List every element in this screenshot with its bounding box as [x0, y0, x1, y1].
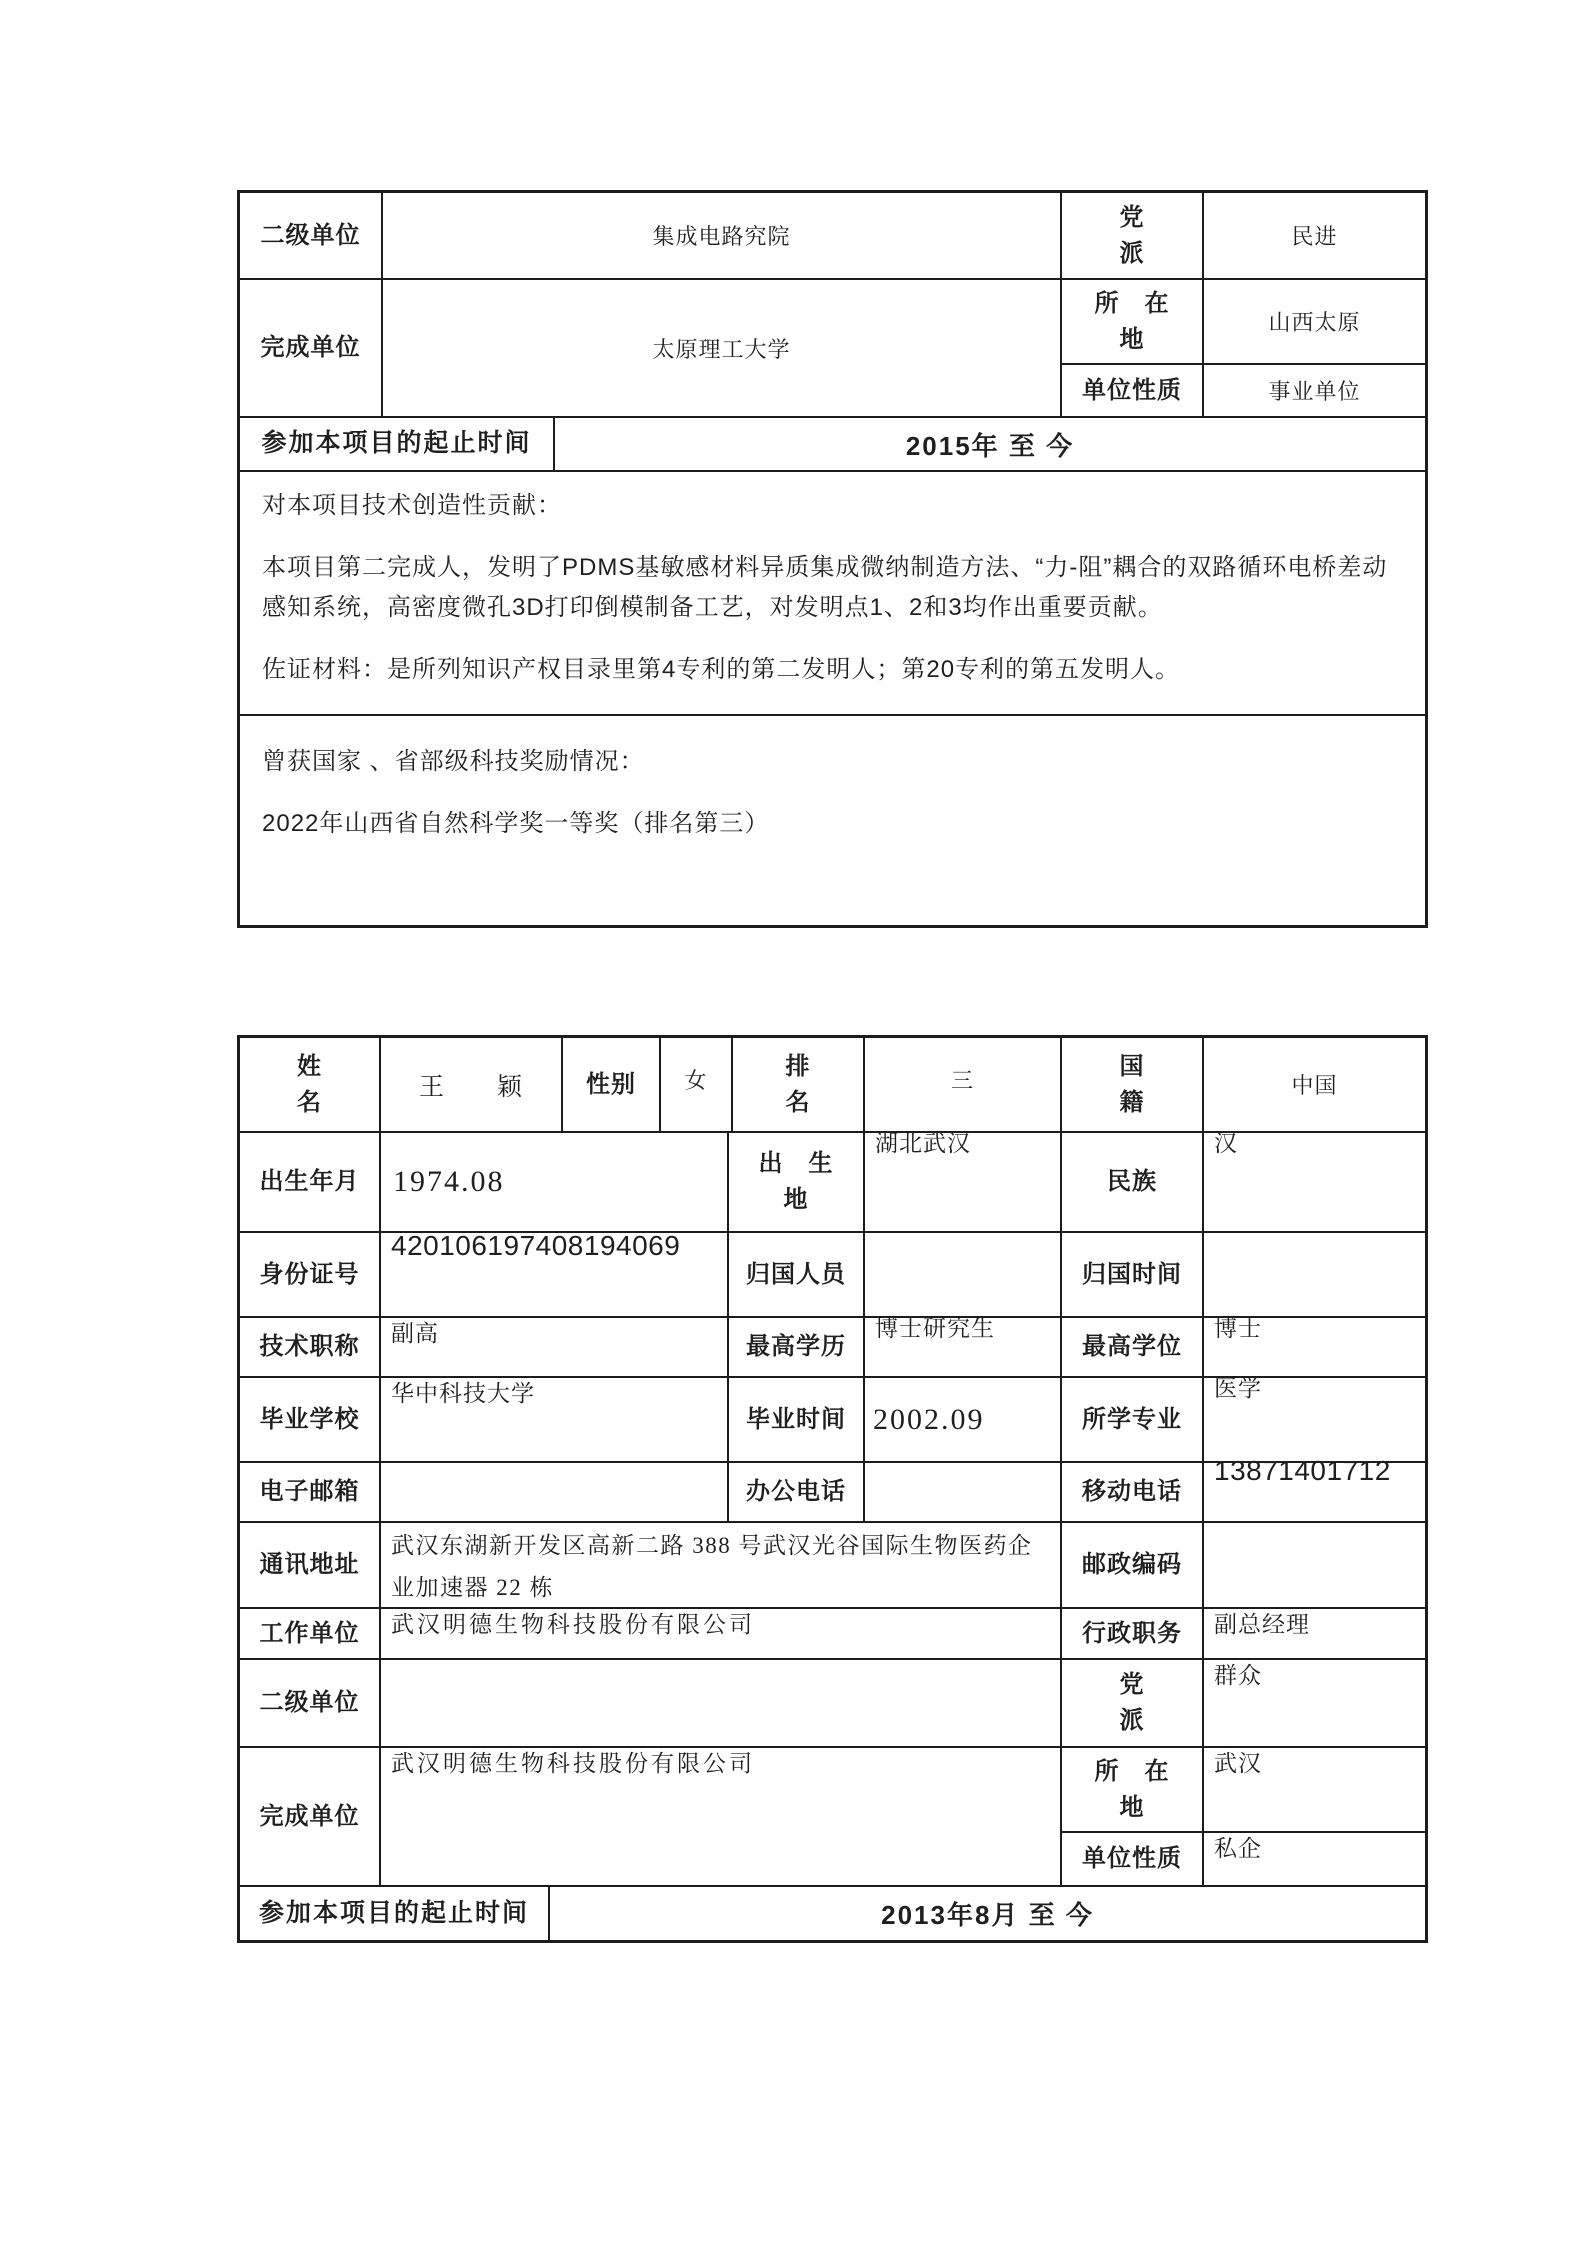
- completing-unit-value: 武汉明德生物科技股份有限公司: [381, 1748, 1062, 1887]
- postal-code-label: 邮政编码: [1062, 1523, 1204, 1609]
- completing-unit-value: 太原理工大学: [383, 280, 1062, 418]
- returnee-value: [865, 1233, 1062, 1318]
- graduation-time-label: 毕业时间: [729, 1378, 865, 1463]
- rank-value: 三: [865, 1038, 1062, 1133]
- id-number-label: 身份证号: [240, 1233, 381, 1318]
- birth-place-label: 出 生 地: [729, 1133, 865, 1233]
- graduation-time-value: 2002.09: [865, 1378, 1062, 1463]
- completing-unit-label: 完成单位: [240, 1748, 381, 1887]
- ethnicity-value: 汉: [1204, 1133, 1425, 1233]
- graduate-school-label: 毕业学校: [240, 1378, 381, 1463]
- return-time-value: [1204, 1233, 1425, 1318]
- participation-period-value: 2013年8月 至 今: [550, 1887, 1425, 1940]
- email-value: [381, 1463, 729, 1523]
- ethnicity-label: 民族: [1062, 1133, 1204, 1233]
- location-value: 武汉: [1204, 1748, 1425, 1833]
- party-value: 民进: [1204, 193, 1425, 280]
- postal-code-value: [1204, 1523, 1425, 1609]
- birth-date-label: 出生年月: [240, 1133, 381, 1233]
- birth-date-value: 1974.08: [381, 1133, 729, 1233]
- document-page: 二级单位 集成电路究院 党 派 民进 完成单位 太原理工大学 所 在 地 山西太…: [0, 0, 1587, 2245]
- nationality-value: 中国: [1204, 1038, 1425, 1133]
- participation-period-label: 参加本项目的起止时间: [240, 1887, 550, 1940]
- professional-title-label: 技术职称: [240, 1318, 381, 1378]
- id-number-value: 420106197408194069: [381, 1233, 729, 1318]
- mobile-phone-value: 13871401712: [1204, 1463, 1425, 1523]
- contribution-evidence: 佐证材料：是所列知识产权目录里第4专利的第二发明人；第20专利的第五发明人。: [262, 650, 1403, 690]
- participation-period-label: 参加本项目的起止时间: [240, 418, 555, 472]
- admin-position-label: 行政职务: [1062, 1609, 1204, 1660]
- major-value: 医学: [1204, 1378, 1425, 1463]
- location-value: 山西太原: [1204, 280, 1425, 365]
- email-label: 电子邮箱: [240, 1463, 381, 1523]
- awards-title: 曾获国家 、省部级科技奖励情况：: [262, 742, 1403, 782]
- returnee-label: 归国人员: [729, 1233, 865, 1318]
- return-time-label: 归国时间: [1062, 1233, 1204, 1318]
- completing-unit-label: 完成单位: [240, 280, 383, 418]
- rank-label: 排 名: [733, 1038, 865, 1133]
- nationality-label: 国 籍: [1062, 1038, 1204, 1133]
- party-label: 党 派: [1062, 1660, 1204, 1748]
- major-label: 所学专业: [1062, 1378, 1204, 1463]
- work-unit-label: 工作单位: [240, 1609, 381, 1660]
- highest-education-value: 博士研究生: [865, 1318, 1062, 1378]
- unit-nature-value: 事业单位: [1204, 365, 1425, 418]
- contribution-title: 对本项目技术创造性贡献：: [262, 486, 1403, 526]
- office-phone-value: [865, 1463, 1062, 1523]
- gender-label: 性别: [563, 1038, 661, 1133]
- unit-nature-value: 私企: [1204, 1833, 1425, 1887]
- mailing-address-label: 通讯地址: [240, 1523, 381, 1609]
- mailing-address-value: 武汉东湖新开发区高新二路 388 号武汉光谷国际生物医药企业加速器 22 栋: [381, 1523, 1062, 1609]
- office-phone-label: 办公电话: [729, 1463, 865, 1523]
- completer-info-table-2: 姓 名 王 颖 性别 女 排 名 三 国 籍 中国 出生年月 1974.08 出…: [237, 1035, 1428, 1943]
- secondary-unit-label: 二级单位: [240, 193, 383, 280]
- highest-degree-value: 博士: [1204, 1318, 1425, 1378]
- awards-section: 曾获国家 、省部级科技奖励情况： 2022年山西省自然科学奖一等奖（排名第三）: [240, 716, 1425, 925]
- graduate-school-value: 华中科技大学: [381, 1378, 729, 1463]
- work-unit-value: 武汉明德生物科技股份有限公司: [381, 1609, 1062, 1660]
- secondary-unit-value: [381, 1660, 1062, 1748]
- unit-nature-label: 单位性质: [1062, 1833, 1204, 1887]
- awards-item: 2022年山西省自然科学奖一等奖（排名第三）: [262, 804, 1403, 844]
- completer-info-table-1: 二级单位 集成电路究院 党 派 民进 完成单位 太原理工大学 所 在 地 山西太…: [237, 190, 1428, 928]
- name-value: 王 颖: [381, 1038, 563, 1133]
- admin-position-value: 副总经理: [1204, 1609, 1425, 1660]
- contribution-section: 对本项目技术创造性贡献： 本项目第二完成人，发明了PDMS基敏感材料异质集成微纳…: [240, 472, 1425, 716]
- birth-place-value: 湖北武汉: [865, 1133, 1062, 1233]
- participation-period-value: 2015年 至 今: [555, 418, 1425, 472]
- highest-education-label: 最高学历: [729, 1318, 865, 1378]
- party-value: 群众: [1204, 1660, 1425, 1748]
- name-label: 姓 名: [240, 1038, 381, 1133]
- professional-title-value: 副高: [381, 1318, 729, 1378]
- secondary-unit-value: 集成电路究院: [383, 193, 1062, 280]
- location-label: 所 在 地: [1062, 280, 1204, 365]
- contribution-body: 本项目第二完成人，发明了PDMS基敏感材料异质集成微纳制造方法、“力-阻”耦合的…: [262, 548, 1403, 628]
- location-label: 所 在 地: [1062, 1748, 1204, 1833]
- unit-nature-label: 单位性质: [1062, 365, 1204, 418]
- party-label: 党 派: [1062, 193, 1204, 280]
- highest-degree-label: 最高学位: [1062, 1318, 1204, 1378]
- gender-value: 女: [661, 1038, 733, 1133]
- mobile-phone-label: 移动电话: [1062, 1463, 1204, 1523]
- secondary-unit-label: 二级单位: [240, 1660, 381, 1748]
